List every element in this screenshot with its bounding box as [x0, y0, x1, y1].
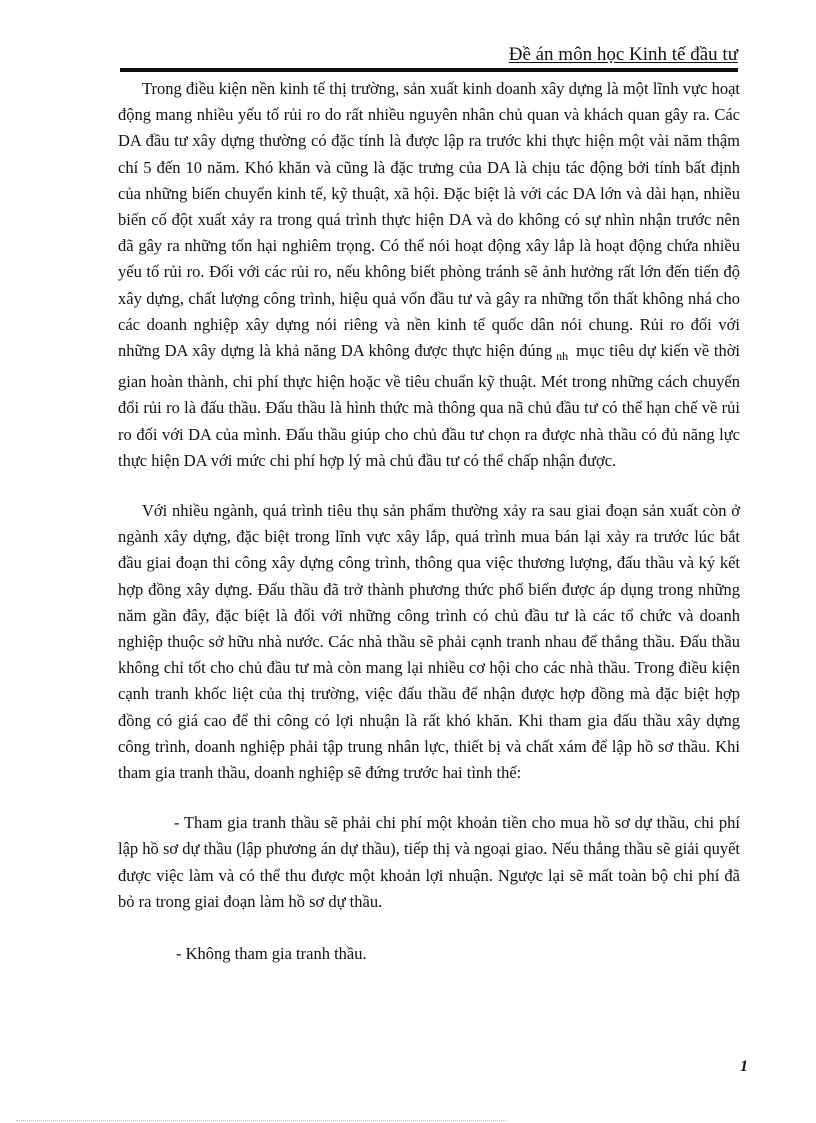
- paragraph-gap: [118, 786, 740, 810]
- bullet-not-participate: - Không tham gia tranh thầu.: [118, 941, 740, 967]
- paragraph-risk-in-construction: Trong điều kiện nền kinh tế thị trường, …: [118, 76, 740, 474]
- paragraph-gap: [118, 915, 740, 941]
- document-body: Trong điều kiện nền kinh tế thị trường, …: [118, 76, 740, 967]
- running-header-title: Đề án môn học Kinh tế đầu tư: [120, 44, 738, 66]
- stray-subscript-text: nh: [552, 349, 576, 363]
- paragraph-text: Trong điều kiện nền kinh tế thị trường, …: [118, 79, 740, 360]
- paragraph-text: mục tiêu dự kiến về thời gian hoàn thành…: [118, 341, 740, 470]
- page-number: 1: [740, 1058, 748, 1076]
- paragraph-bidding-overview: Với nhiều ngành, quá trình tiêu thụ sản …: [118, 498, 740, 786]
- bullet-participate-in-bidding: - Tham gia tranh thầu sẽ phải chi phí mộ…: [118, 810, 740, 915]
- page-bottom-dotted-line: [16, 1120, 506, 1121]
- paragraph-gap: [118, 474, 740, 498]
- header-rule: [120, 68, 738, 72]
